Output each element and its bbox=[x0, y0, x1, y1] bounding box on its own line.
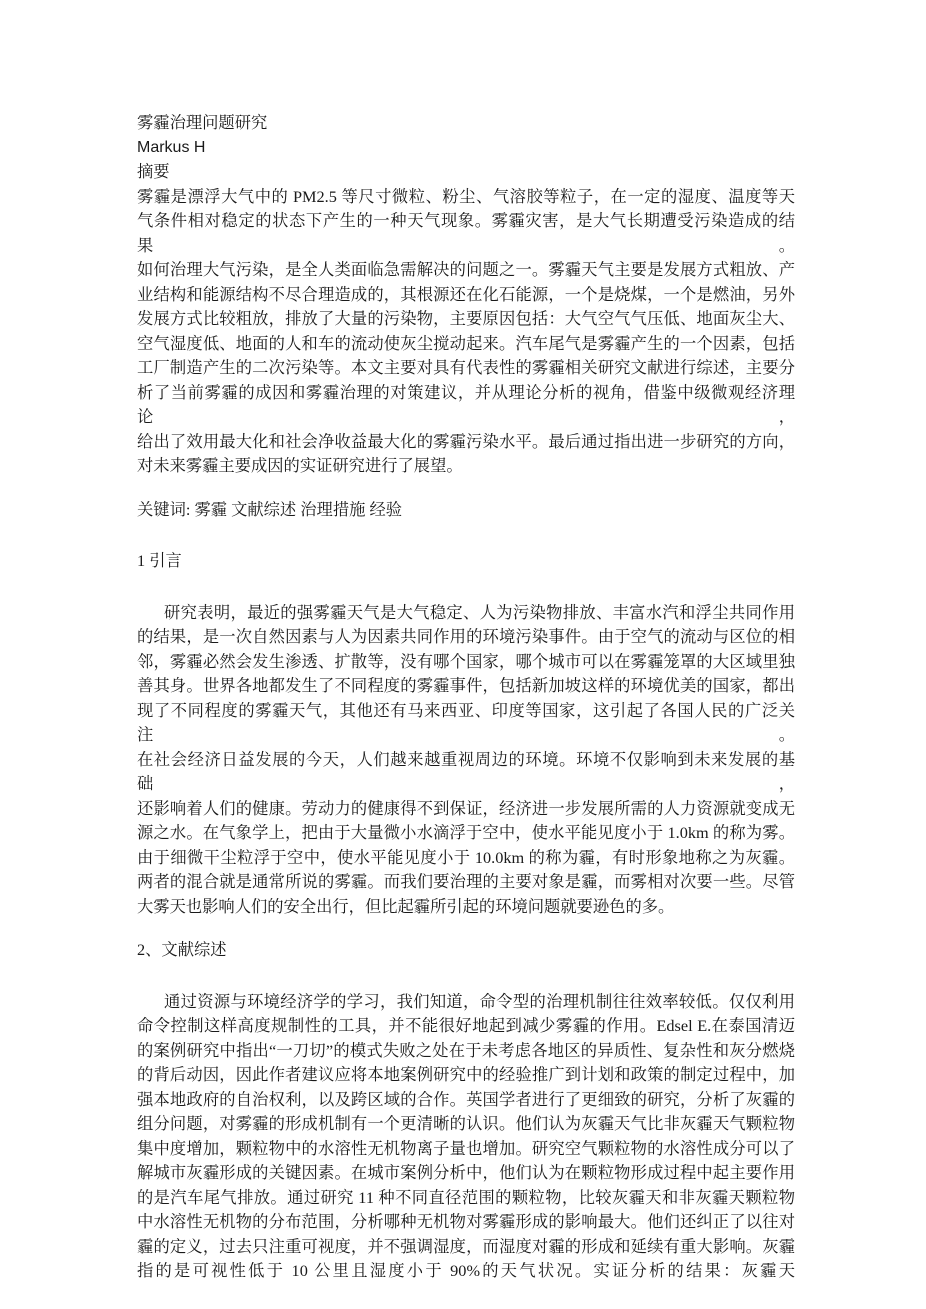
keywords-line: 关键词: 雾霾 文献综述 治理措施 经验 bbox=[137, 498, 795, 523]
spacer bbox=[137, 522, 795, 549]
literature-line: 集中度增加，颗粒物中的水溶性无机物离子量也增加。研究空气颗粒物的水溶性成分可以了 bbox=[137, 1137, 795, 1162]
literature-line: 解城市灰霾形成的关键因素。在城市案例分析中，他们认为在颗粒物形成过程中起主要作用 bbox=[137, 1161, 795, 1186]
intro-line: 大雾天也影响人们的安全出行，但比起霾所引起的环境问题就要逊色的多。 bbox=[137, 895, 795, 920]
section-heading-literature: 2、文献综述 bbox=[137, 938, 795, 963]
intro-line: 两者的混合就是通常所说的雾霾。而我们要治理的主要对象是霾，而雾相对次要一些。尽管 bbox=[137, 870, 795, 895]
intro-line: 邻，雾霾必然会发生渗透、扩散等，没有哪个国家，哪个城市可以在雾霾笼罩的大区域里独 bbox=[137, 650, 795, 675]
literature-line: 指的是可视性低于 10 公里且湿度小于 90%的天气状况。实证分析的结果：灰霾天 bbox=[137, 1259, 795, 1284]
abstract-line: 工厂制造产生的二次污染等。本文主要对具有代表性的雾霾相关研究文献进行综述，主要分 bbox=[137, 356, 795, 381]
intro-line: 由于细微干尘粒浮于空中，使水平能见度小于 10.0km 的称为霾，有时形象地称之… bbox=[137, 846, 795, 871]
doc-title: 雾霾治理问题研究 bbox=[137, 111, 795, 136]
literature-line: 的案例研究中指出“一刀切”的模式失败之处在于未考虑各地区的异质性、复杂性和灰分燃… bbox=[137, 1039, 795, 1064]
intro-line: 在社会经济日益发展的今天，人们越来越重视周边的环境。环境不仅影响到未来发展的基础… bbox=[137, 748, 795, 797]
intro-line: 研究表明，最近的强雾霾天气是大气稳定、人为污染物排放、丰富水汽和浮尘共同作用 bbox=[137, 601, 795, 626]
spacer bbox=[137, 919, 795, 938]
abstract-line: 气条件相对稳定的状态下产生的一种天气现象。雾霾灾害，是大气长期遭受污染造成的结果… bbox=[137, 209, 795, 258]
literature-line: 通过资源与环境经济学的学习，我们知道，命令型的治理机制往往效率较低。仅仅利用 bbox=[137, 990, 795, 1015]
spacer bbox=[137, 479, 795, 498]
abstract-line: 业结构和能源结构不尽合理造成的，其根源还在化石能源，一个是烧煤，一个是燃油，另外 bbox=[137, 283, 795, 308]
intro-line: 善其身。世界各地都发生了不同程度的雾霾事件，包括新加坡这样的环境优美的国家，都出 bbox=[137, 674, 795, 699]
intro-line: 源之水。在气象学上，把由于大量微小水滴浮于空中，使水平能见度小于 1.0km 的… bbox=[137, 821, 795, 846]
document-body: 雾霾治理问题研究 Markus H 摘要 雾霾是漂浮大气中的 PM2.5 等尺寸… bbox=[137, 111, 795, 1284]
abstract-line: 发展方式比较粗放，排放了大量的污染物，主要原因包括：大气空气气压低、地面灰尘大、 bbox=[137, 307, 795, 332]
intro-line: 的结果，是一次自然因素与人为因素共同作用的环境污染事件。由于空气的流动与区位的相 bbox=[137, 625, 795, 650]
section-heading-intro: 1 引言 bbox=[137, 549, 795, 574]
intro-line: 还影响着人们的健康。劳动力的健康得不到保证，经济进一步发展所需的人力资源就变成无 bbox=[137, 797, 795, 822]
abstract-line: 雾霾是漂浮大气中的 PM2.5 等尺寸微粒、粉尘、气溶胶等粒子，在一定的湿度、温… bbox=[137, 185, 795, 210]
literature-line: 中水溶性无机物的分布范围，分析哪种无机物对雾霾形成的影响最大。他们还纠正了以往对 bbox=[137, 1210, 795, 1235]
abstract-line: 空气湿度低、地面的人和车的流动使灰尘搅动起来。汽车尾气是雾霾产生的一个因素，包括 bbox=[137, 332, 795, 357]
abstract-heading: 摘要 bbox=[137, 160, 795, 185]
abstract-line: 对未来雾霾主要成因的实证研究进行了展望。 bbox=[137, 454, 795, 479]
abstract-line: 析了当前雾霾的成因和雾霾治理的对策建议，并从理论分析的视角，借鉴中级微观经济理论… bbox=[137, 381, 795, 430]
spacer bbox=[137, 963, 795, 990]
document-page: 雾霾治理问题研究 Markus H 摘要 雾霾是漂浮大气中的 PM2.5 等尺寸… bbox=[0, 0, 926, 1309]
literature-line: 的背后动因，因此作者建议应将本地案例研究中的经验推广到计划和政策的制定过程中，加 bbox=[137, 1063, 795, 1088]
abstract-line: 如何治理大气污染，是全人类面临急需解决的问题之一。雾霾天气主要是发展方式粗放、产 bbox=[137, 258, 795, 283]
intro-line: 现了不同程度的雾霾天气，其他还有马来西亚、印度等国家，这引起了各国人民的广泛关注… bbox=[137, 699, 795, 748]
spacer bbox=[137, 574, 795, 601]
doc-author: Markus H bbox=[137, 136, 795, 161]
literature-line: 强本地政府的自治权利，以及跨区域的合作。英国学者进行了更细致的研究，分析了灰霾的 bbox=[137, 1088, 795, 1113]
literature-line: 霾的定义，过去只注重可视度，并不强调湿度，而湿度对霾的形成和延续有重大影响。灰霾 bbox=[137, 1235, 795, 1260]
literature-line: 组分问题，对雾霾的形成机制有一个更清晰的认识。他们认为灰霾天气比非灰霾天气颗粒物 bbox=[137, 1112, 795, 1137]
literature-line: 的是汽车尾气排放。通过研究 11 种不同直径范围的颗粒物，比较灰霾天和非灰霾天颗… bbox=[137, 1186, 795, 1211]
abstract-line: 给出了效用最大化和社会净收益最大化的雾霾污染水平。最后通过指出进一步研究的方向， bbox=[137, 430, 795, 455]
literature-line: 命令控制这样高度规制性的工具，并不能很好地起到减少雾霾的作用。Edsel E.在… bbox=[137, 1014, 795, 1039]
